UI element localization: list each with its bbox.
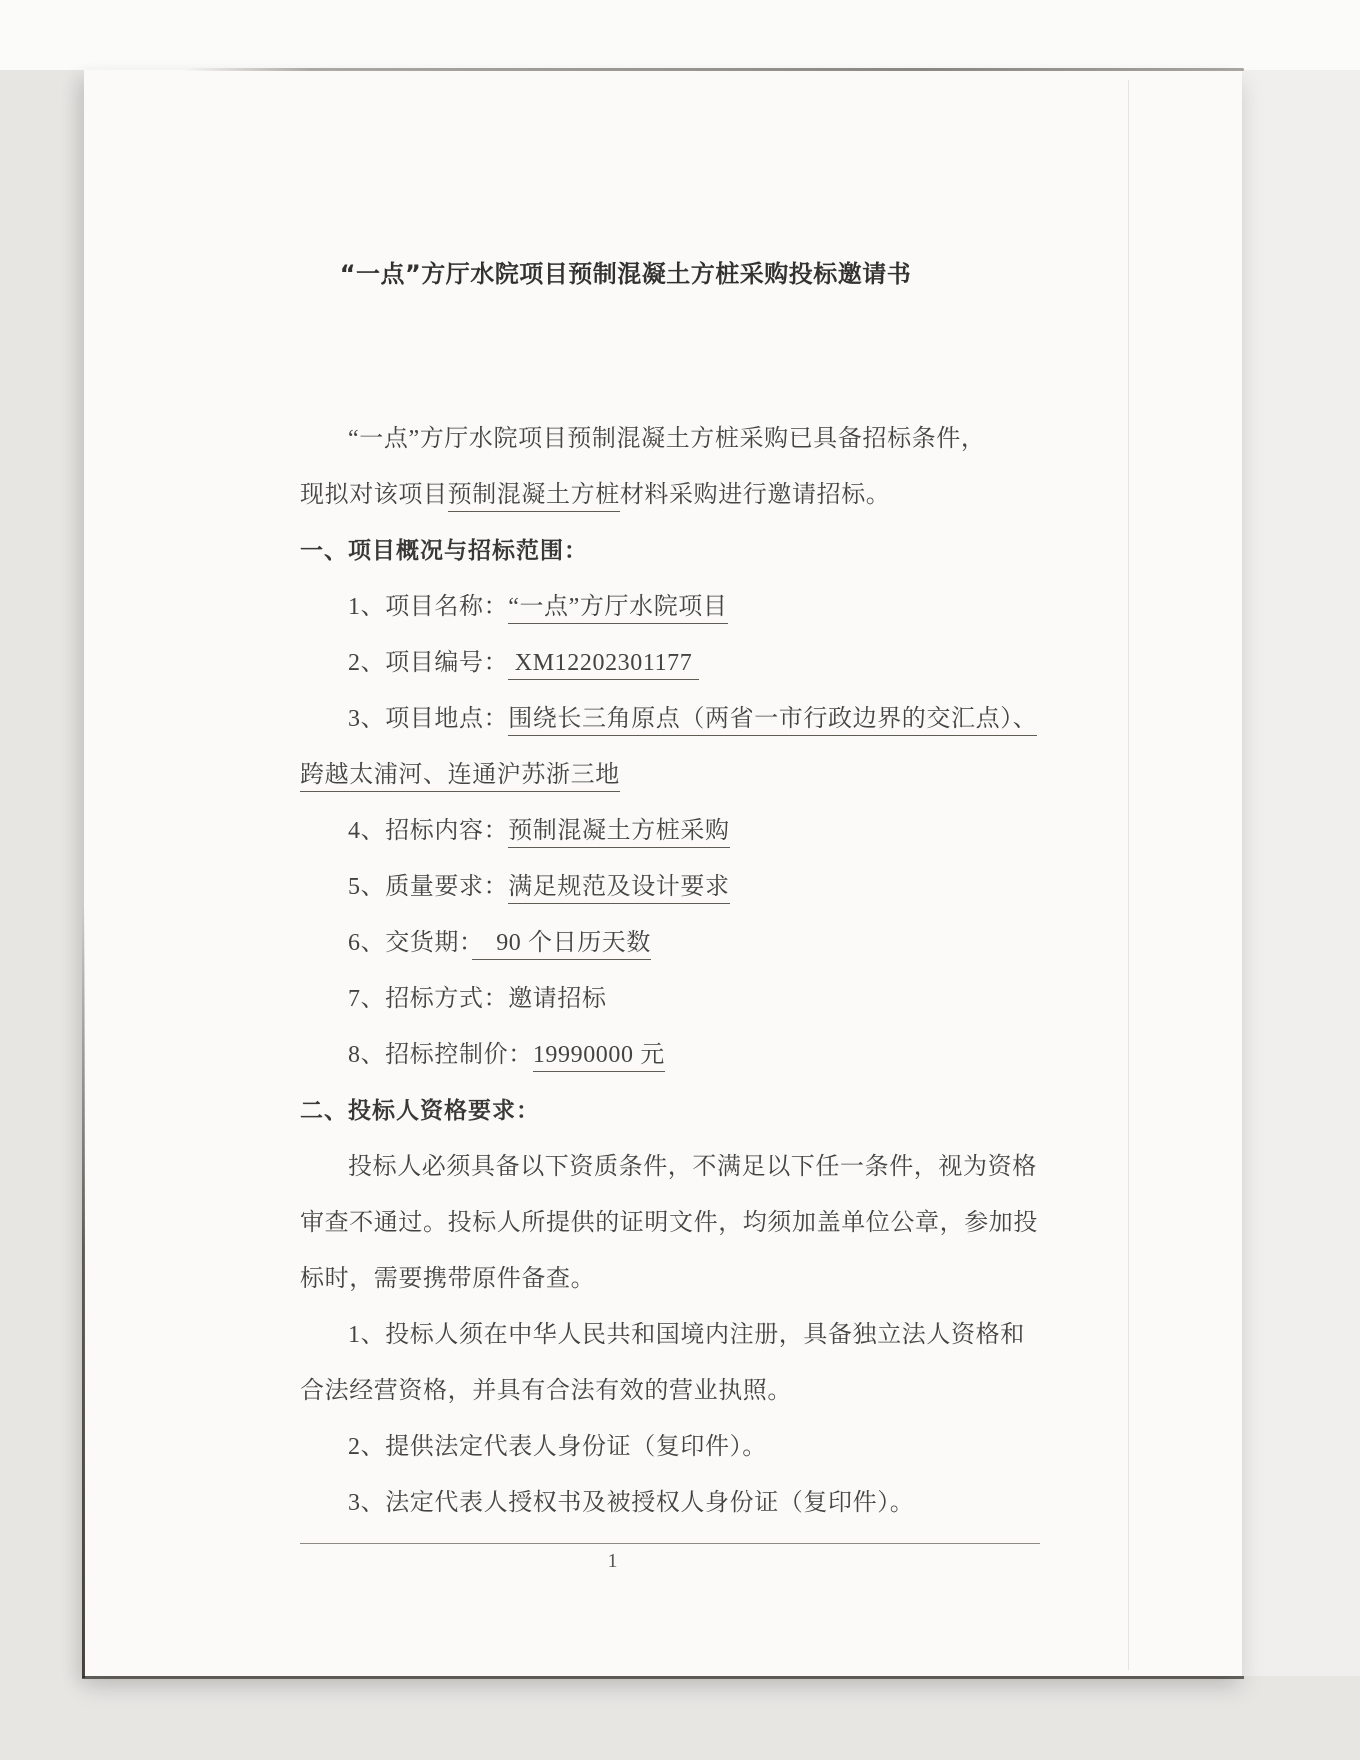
page-left-edge	[82, 905, 85, 1678]
qualification-item-3: 3、法定代表人授权书及被授权人身份证（复印件）。	[300, 1487, 1045, 1543]
text-run: 审查不通过。投标人所提供的证明文件，均须加盖单位公章，参加投	[300, 1210, 1038, 1236]
qualification-item-2: 2、提供法定代表人身份证（复印件）。	[300, 1431, 1045, 1487]
item-control-price: 8、招标控制价：19990000 元	[300, 1039, 1045, 1095]
text-run: 材料采购进行邀请招标。	[620, 482, 891, 508]
item-project-location-line-2: 跨越太浦河、连通沪苏浙三地	[300, 759, 1045, 815]
text-run: 现拟对该项目	[300, 482, 448, 508]
item-value-underlined: 跨越太浦河、连通沪苏浙三地	[300, 762, 620, 792]
item-value-underlined: XM12202301177	[508, 650, 699, 680]
text-run: 投标人必须具备以下资质条件，不满足以下任一条件，视为资格	[348, 1154, 1037, 1180]
page-number: 1	[240, 1550, 985, 1573]
section-1-heading: 一、项目概况与招标范围：	[300, 535, 1045, 591]
item-value-underlined: 围绕长三角原点（两省一市行政边界的交汇点）、	[508, 706, 1037, 736]
item-value-underlined: 19990000 元	[533, 1042, 665, 1072]
item-value-underlined: 90 个日历天数	[472, 930, 651, 960]
footer-divider	[300, 1543, 1040, 1544]
underlined-text: 预制混凝土方桩	[448, 482, 620, 512]
heading-text: 二、投标人资格要求：	[300, 1098, 540, 1124]
page-content: “一点”方厅水院项目预制混凝土方桩采购投标邀请书 “一点”方厅水院项目预制混凝土…	[300, 70, 1045, 1573]
item-label: 3、项目地点：	[348, 706, 508, 732]
doc-title: “一点”方厅水院项目预制混凝土方桩采购投标邀请书	[253, 254, 998, 289]
text-run: 1、投标人须在中华人民共和国境内注册，具备独立法人资格和	[348, 1322, 1025, 1348]
item-project-location-line-1: 3、项目地点：围绕长三角原点（两省一市行政边界的交汇点）、	[300, 703, 1045, 759]
item-quality-requirement: 5、质量要求：满足规范及设计要求	[300, 871, 1045, 927]
document-page: “一点”方厅水院项目预制混凝土方桩采购投标邀请书 “一点”方厅水院项目预制混凝土…	[84, 70, 1242, 1676]
item-value-underlined: 预制混凝土方桩采购	[508, 818, 729, 848]
item-label: 4、招标内容：	[348, 818, 508, 844]
heading-text: 一、项目概况与招标范围：	[300, 538, 588, 564]
intro-line-1: “一点”方厅水院项目预制混凝土方桩采购已具备招标条件，	[300, 423, 1045, 479]
item-value-underlined: “一点”方厅水院项目	[508, 594, 727, 624]
text-run: 合法经营资格，并具有合法有效的营业执照。	[300, 1378, 792, 1404]
scanner-right-band	[1242, 70, 1360, 1676]
item-project-number: 2、项目编号： XM12202301177	[300, 647, 1045, 703]
qualification-para-line-2: 审查不通过。投标人所提供的证明文件，均须加盖单位公章，参加投	[300, 1207, 1045, 1263]
section-2-heading: 二、投标人资格要求：	[300, 1095, 1045, 1151]
text-run: 3、法定代表人授权书及被授权人身份证（复印件）。	[348, 1490, 914, 1516]
text-run: 2、提供法定代表人身份证（复印件）。	[348, 1434, 767, 1460]
item-label: 2、项目编号：	[348, 650, 508, 676]
item-label: 8、招标控制价：	[348, 1042, 533, 1068]
page-bottom-edge	[82, 1676, 1244, 1679]
qualification-item-1-line-2: 合法经营资格，并具有合法有效的营业执照。	[300, 1375, 1045, 1431]
qualification-para-line-3: 标时，需要携带原件备查。	[300, 1263, 1045, 1319]
text-run: 标时，需要携带原件备查。	[300, 1266, 595, 1292]
item-value-underlined: 满足规范及设计要求	[508, 874, 729, 904]
item-delivery-period: 6、交货期： 90 个日历天数	[300, 927, 1045, 983]
item-label: 6、交货期：	[348, 930, 472, 956]
item-label: 5、质量要求：	[348, 874, 508, 900]
item-bid-method: 7、招标方式：邀请招标	[300, 983, 1045, 1039]
doc-body: “一点”方厅水院项目预制混凝土方桩采购已具备招标条件， 现拟对该项目预制混凝土方…	[300, 423, 1045, 1543]
item-bid-content: 4、招标内容：预制混凝土方桩采购	[300, 815, 1045, 871]
item-project-name: 1、项目名称：“一点”方厅水院项目	[300, 591, 1045, 647]
scanner-top-band	[0, 0, 1360, 70]
text-run: “一点”方厅水院项目预制混凝土方桩采购已具备招标条件，	[348, 426, 986, 452]
text-run: 7、招标方式：邀请招标	[348, 986, 607, 1012]
intro-line-2: 现拟对该项目预制混凝土方桩材料采购进行邀请招标。	[300, 479, 1045, 535]
qualification-para-line-1: 投标人必须具备以下资质条件，不满足以下任一条件，视为资格	[300, 1151, 1045, 1207]
page-fold-line	[1128, 80, 1129, 1670]
item-label: 1、项目名称：	[348, 594, 508, 620]
qualification-item-1-line-1: 1、投标人须在中华人民共和国境内注册，具备独立法人资格和	[300, 1319, 1045, 1375]
